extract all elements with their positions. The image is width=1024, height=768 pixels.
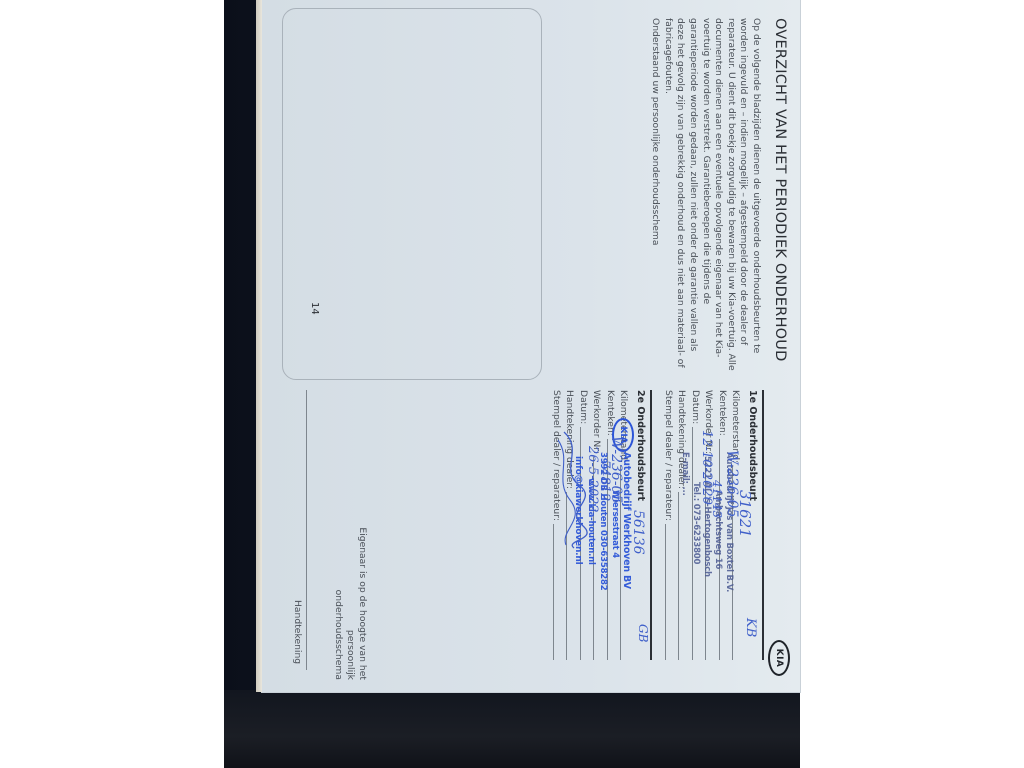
owner-note-line: Eigenaar is op de hoogte van het persoon… <box>344 480 368 680</box>
owner-note-line: onderhoudsschema <box>332 480 344 680</box>
intro-last-line: Onderstaand uw persoonlijke onderhoudssc… <box>649 18 662 373</box>
field-line <box>553 524 554 660</box>
field-line <box>567 492 568 660</box>
handwritten-kenteken: W-236-05 <box>724 450 740 517</box>
field-stempel: Stempel dealer / reparateur: <box>663 390 677 660</box>
service-block-1: 1e Onderhoudsbeurt Kilometerstand: Kente… <box>663 390 764 660</box>
field-label: Datum: <box>578 390 589 424</box>
handwritten-initials: GB <box>636 624 650 642</box>
page-edge <box>256 0 262 692</box>
handwritten-initials: KB <box>743 618 758 637</box>
field-label: Datum: <box>690 390 701 424</box>
page-number: 14 <box>309 302 320 315</box>
dealer-stamp-line: info@kiawerkhoven.nl <box>573 456 583 564</box>
field-line <box>665 524 666 660</box>
booklet-page: OVERZICHT VAN HET PERIODIEK ONDERHOUD Op… <box>262 0 800 692</box>
page-title: OVERZICHT VAN HET PERIODIEK ONDERHOUD <box>772 18 788 361</box>
service-block-2: 2e Onderhoudsbeurt Kilometerstand: Kente… <box>551 390 652 660</box>
field-label: Werkorder Nr: <box>592 390 603 454</box>
intro-paragraph: Op de volgende bladzijden dienen de uitg… <box>661 18 762 373</box>
field-label: Stempel dealer / reparateur: <box>663 390 674 521</box>
section-rule <box>762 390 764 660</box>
owner-acknowledgement: Eigenaar is op de hoogte van het persoon… <box>332 480 368 680</box>
booklet-page-wrapper: OVERZICHT VAN HET PERIODIEK ONDERHOUD Op… <box>262 0 800 692</box>
dark-surface <box>224 690 800 768</box>
field-stempel: Stempel dealer / reparateur: <box>551 390 565 660</box>
handwritten-datum: 26-5-2022 <box>585 446 600 513</box>
owner-signature-label: Handtekening <box>292 600 303 664</box>
photo-placeholder-box <box>282 8 542 380</box>
field-line <box>679 492 680 660</box>
owner-signature-line <box>306 390 307 670</box>
field-label: Stempel dealer / reparateur: <box>551 390 562 521</box>
field-handtekening: Handtekening dealer: <box>677 390 691 660</box>
handwritten-kilometerstand: 56136 <box>630 510 646 555</box>
kia-logo-icon: KIA <box>768 640 790 676</box>
section-rule <box>650 390 652 660</box>
handwritten-datum: 12-10-2020 <box>699 430 714 505</box>
dealer-stamp-line: E-mail: ... <box>680 452 690 496</box>
intro-text: Op de volgende bladzijden dienen de uitg… <box>649 18 762 373</box>
field-label: Kenteken: <box>717 390 728 436</box>
